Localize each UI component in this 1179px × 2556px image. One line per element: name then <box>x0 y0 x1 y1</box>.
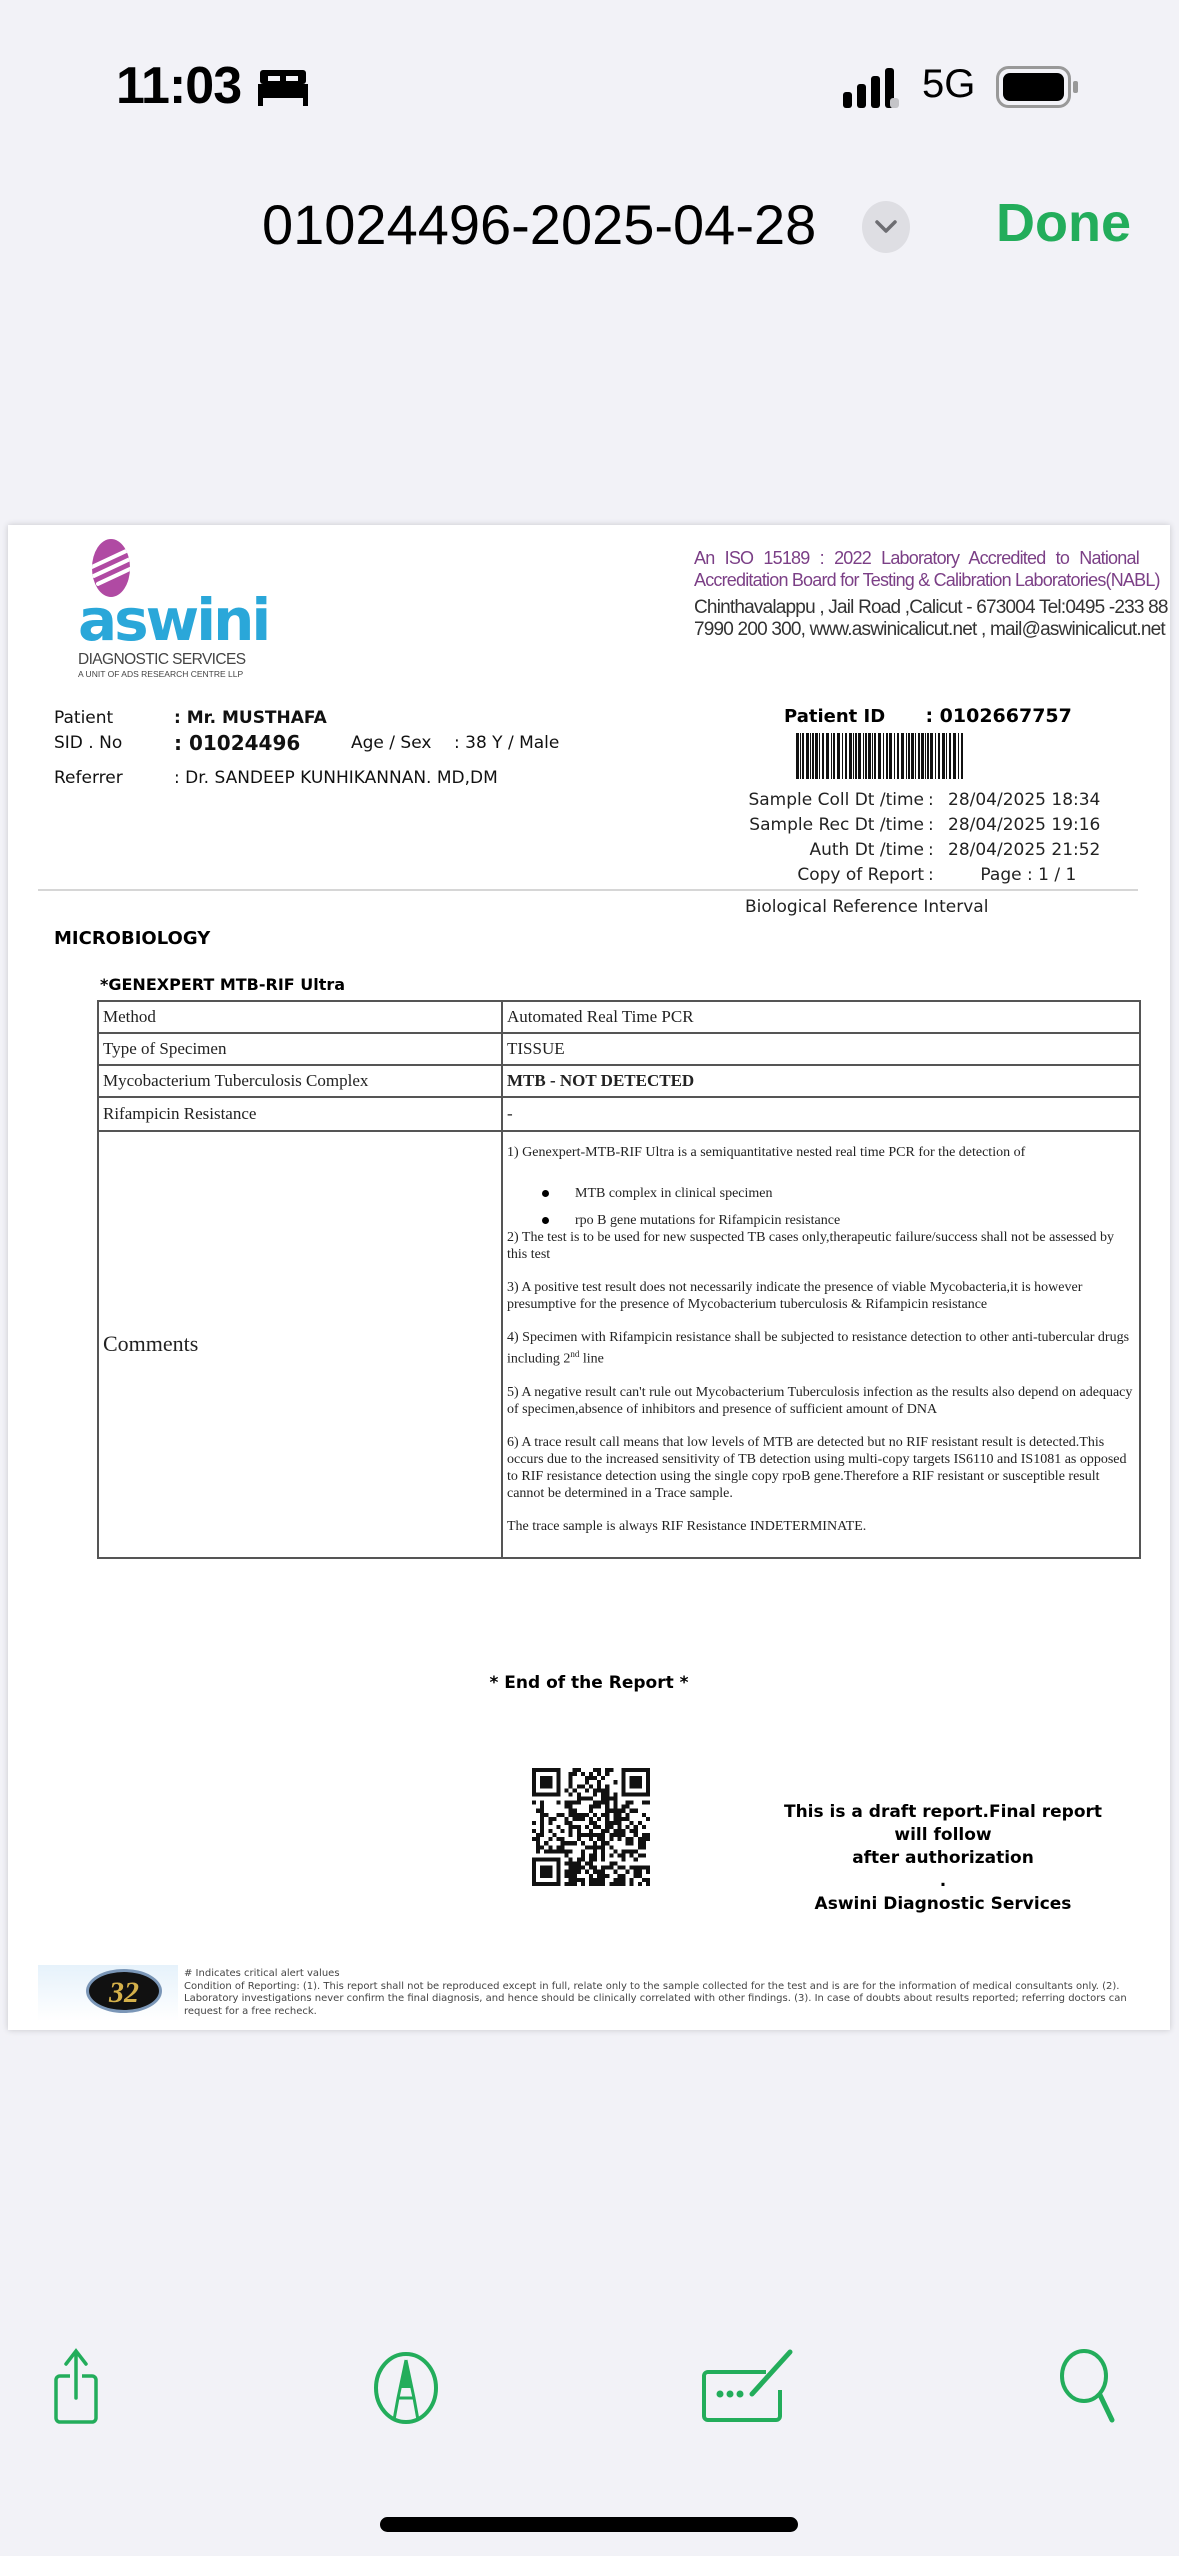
meta-row: Sample Coll Dt /time:28/04/2025 18:34 <box>608 787 1108 812</box>
sample-meta: Sample Coll Dt /time:28/04/2025 18:34Sam… <box>608 787 1108 887</box>
aswini-logo: aswini DIAGNOSTIC SERVICES A UNIT OF ADS… <box>72 535 242 685</box>
sid-value: : 01024496 <box>174 731 300 755</box>
logo-subtitle: DIAGNOSTIC SERVICES <box>78 651 245 669</box>
document-title[interactable]: 01024496-2025-04-28 <box>262 192 816 257</box>
comment-3: 3) A positive test result does not neces… <box>507 1279 1135 1313</box>
sid-label: SID . No <box>54 733 122 753</box>
meta-label: Sample Coll Dt /time <box>608 790 928 810</box>
comments-row: Comments 1) Genexpert-MTB-RIF Ultra is a… <box>98 1131 1140 1558</box>
comment-1: 1) Genexpert-MTB-RIF Ultra is a semiquan… <box>507 1144 1135 1161</box>
draft-line: after authorization <box>758 1848 1128 1869</box>
share-icon[interactable] <box>48 2346 118 2426</box>
search-icon[interactable] <box>1054 2346 1124 2426</box>
section-divider <box>38 889 1138 891</box>
contact-line: 7990 200 300, www.aswinicalicut.net , ma… <box>694 619 1104 641</box>
age-sex-label: Age / Sex <box>351 733 431 753</box>
home-indicator[interactable] <box>380 2517 798 2532</box>
result-label: Mycobacterium Tuberculosis Complex <box>98 1065 502 1097</box>
accreditation-line: Accreditation Board for Testing & Calibr… <box>694 569 1104 591</box>
department-title: MICROBIOLOGY <box>54 928 210 949</box>
status-time: 11:03 <box>116 56 241 116</box>
pdf-page[interactable]: aswini DIAGNOSTIC SERVICES A UNIT OF ADS… <box>8 525 1170 2030</box>
critical-alert-note: # Indicates critical alert values <box>184 1968 1164 1981</box>
table-row: Type of Specimen TISSUE <box>98 1033 1140 1065</box>
comments-label: Comments <box>98 1131 502 1558</box>
comment-bullets: MTB complex in clinical specimen rpo B g… <box>507 1185 1135 1229</box>
patient-id-label: Patient ID <box>784 706 885 727</box>
comment-4: 4) Specimen with Rifampicin resistance s… <box>507 1329 1135 1368</box>
comment-2: 2) The test is to be used for new suspec… <box>507 1229 1135 1263</box>
meta-value: 28/04/2025 21:52 <box>942 840 1100 860</box>
title-menu-button[interactable] <box>862 201 910 253</box>
referrer-label: Referrer <box>54 768 123 788</box>
qr-code <box>532 1768 650 1886</box>
meta-value: 28/04/2025 19:16 <box>942 815 1100 835</box>
comment-5: 5) A negative result can't rule out Myco… <box>507 1384 1135 1418</box>
lab-report: aswini DIAGNOSTIC SERVICES A UNIT OF ADS… <box>8 525 1170 2030</box>
comment-6: 6) A trace result call means that low le… <box>507 1434 1135 1502</box>
result-value: TISSUE <box>502 1033 1140 1065</box>
bed-icon <box>258 70 308 106</box>
meta-row: Auth Dt /time:28/04/2025 21:52 <box>608 837 1108 862</box>
draft-line: will follow <box>758 1825 1128 1846</box>
lab-name: Aswini Diagnostic Services <box>758 1894 1128 1915</box>
patient-label: Patient <box>54 708 113 728</box>
meta-label: Auth Dt /time <box>608 840 928 860</box>
patient-name: : Mr. MUSTHAFA <box>174 708 327 728</box>
report-footer: # Indicates critical alert values Condit… <box>184 1968 1164 2018</box>
chevron-down-icon <box>874 219 898 235</box>
patient-id-value: : 0102667757 <box>925 705 1071 727</box>
anniversary-seal: 32 <box>38 1965 178 2021</box>
meta-label: Copy of Report <box>608 865 928 885</box>
end-of-report: * End of the Report * <box>8 1673 1170 1693</box>
table-row: Method Automated Real Time PCR <box>98 1001 1140 1033</box>
reference-interval-header: Biological Reference Interval <box>745 897 988 917</box>
age-sex-value: : 38 Y / Male <box>454 733 559 753</box>
accreditation-line: An ISO 15189 : 2022 Laboratory Accredite… <box>694 547 1104 569</box>
cellular-signal-icon <box>843 66 903 110</box>
logo-wordmark: aswini <box>78 591 268 649</box>
accreditation-block: An ISO 15189 : 2022 Laboratory Accredite… <box>694 547 1104 641</box>
status-bar: 11:03 5G <box>0 0 1179 170</box>
result-value: MTB - NOT DETECTED <box>502 1065 1140 1097</box>
conditions-of-reporting: Condition of Reporting: (1). This report… <box>184 1981 1164 2019</box>
seal-icon: 32 <box>86 1969 162 2013</box>
result-value: Automated Real Time PCR <box>502 1001 1140 1033</box>
logo-tagline: A UNIT OF ADS RESEARCH CENTRE LLP <box>78 669 243 679</box>
draft-line: This is a draft report.Final report <box>758 1802 1128 1823</box>
table-row: Mycobacterium Tuberculosis Complex MTB -… <box>98 1065 1140 1097</box>
meta-row: Copy of Report: Page : 1 / 1 <box>608 862 1108 887</box>
test-name: *GENEXPERT MTB-RIF Ultra <box>100 975 345 994</box>
meta-value: Page : 1 / 1 <box>942 865 1076 885</box>
patient-id: Patient ID : 0102667757 <box>784 705 1072 727</box>
markup-icon[interactable] <box>370 2346 440 2426</box>
bullet-item: rpo B gene mutations for Rifampicin resi… <box>507 1212 1135 1229</box>
result-value: - <box>502 1097 1140 1131</box>
draft-notice: This is a draft report.Final report will… <box>758 1802 1128 1917</box>
results-table: Method Automated Real Time PCR Type of S… <box>97 1000 1141 1559</box>
comment-7: The trace sample is always RIF Resistanc… <box>507 1518 1135 1535</box>
result-label: Method <box>98 1001 502 1033</box>
battery-icon <box>996 66 1080 108</box>
address-line: Chinthavalappu , Jail Road ,Calicut - 67… <box>694 597 1104 619</box>
meta-value: 28/04/2025 18:34 <box>942 790 1100 810</box>
result-label: Rifampicin Resistance <box>98 1097 502 1131</box>
meta-colon: : <box>928 840 942 860</box>
draft-line: . <box>758 1871 1128 1892</box>
meta-colon: : <box>928 790 942 810</box>
comment-4-tail: line <box>579 1352 604 1367</box>
barcode <box>796 733 966 779</box>
table-row: Rifampicin Resistance - <box>98 1097 1140 1131</box>
result-label: Type of Specimen <box>98 1033 502 1065</box>
comments-content: 1) Genexpert-MTB-RIF Ultra is a semiquan… <box>502 1131 1140 1558</box>
referrer-value: : Dr. SANDEEP KUNHIKANNAN. MD,DM <box>174 768 498 788</box>
meta-row: Sample Rec Dt /time:28/04/2025 19:16 <box>608 812 1108 837</box>
fill-and-sign-icon[interactable] <box>700 2346 800 2426</box>
done-button[interactable]: Done <box>996 192 1131 254</box>
network-type: 5G <box>922 62 975 107</box>
meta-colon: : <box>928 815 942 835</box>
meta-label: Sample Rec Dt /time <box>608 815 928 835</box>
meta-colon: : <box>928 865 942 885</box>
bullet-item: MTB complex in clinical specimen <box>507 1185 1135 1202</box>
